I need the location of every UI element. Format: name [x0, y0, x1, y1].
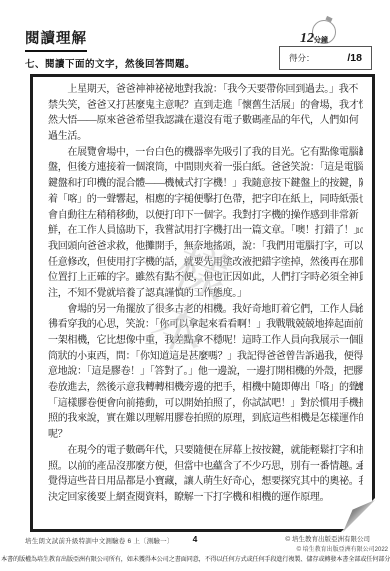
passage-line: 照的我來說，實在難以理解用膠卷拍照的原理，到底這些相機是怎樣運作的 — [48, 411, 363, 427]
page-title: 閱讀理解 — [25, 27, 87, 52]
passage-line-text: 會場的另一角擺放了很多古老的相機。我好奇地盯着它們，工作人員彷 — [48, 302, 363, 318]
passage-line-text: 呢？ — [48, 427, 67, 443]
passage-line-text: 在展覽會場中，一台白色的機器率先吸引了我的目光。它有點像電腦鍵 — [48, 145, 363, 161]
passage-line: 照。以前的產品沒那麼方便，但當中也蘊含了不少巧思，別有一番情趣。我25 — [48, 459, 363, 475]
passage-line: 「這樣膠卷便會向前捲動，可以開始拍照了，你試試吧！」對於慣用手機拍 — [48, 396, 363, 412]
passage-line: 盤，但後方連接着一個滾筒，中間則夾着一張白紙。爸爸笑說：「這是電腦 — [48, 160, 363, 176]
footer-disclaimer: 本書的版權為培生教育出版亞洲有限公司所有，如未獲得本公司之書面同意，不得以任何方… — [1, 554, 389, 563]
passage-line: 會場的另一角擺放了很多古老的相機。我好奇地盯着它們，工作人員彷15 — [48, 302, 363, 318]
passage-line: 卷放進去，然後示意我轉轉相機旁邊的把手，相機中隨即傳出「咯」的聲響。20 — [48, 380, 363, 396]
timer-unit: 分鐘 — [314, 36, 328, 44]
passage-line-text: 我回頭向爸爸求救，他攤開手，無奈地搖頭，說：「我們用電腦打字，可以 — [48, 239, 363, 255]
passage-line-text: 禁失笑，爸爸又打甚麼鬼主意呢？直到走進「懷舊生活展」的會場，我才恍 — [48, 98, 363, 114]
timer-minutes: 12 — [300, 31, 314, 46]
passage-line-text: 鍵盤和打印機的混合體——機械式打字機！」我隨意按下鍵盤上的按鍵，隨 — [48, 176, 363, 192]
line-number: 5 — [360, 145, 363, 161]
passage-line-text: 會自動往左稍稍移動，以便打印下一個字。我對打字機的操作感到非常新 — [48, 208, 358, 224]
passage-line: 禁失笑，爸爸又打甚麼鬼主意呢？直到走進「懷舊生活展」的會場，我才恍 — [48, 98, 363, 114]
passage-line: 彿看穿我的心思，笑說：「你可以拿起來看看啊！」我戰戰兢兢地捧起面前 — [48, 317, 363, 333]
question-instruction: 七、閱讀下面的文字，然後回答問題。 — [25, 56, 195, 70]
passage-line-text: 一架相機，它比想像中重，我差點拿不穩呢！這時工作人員向我展示一個圓 — [48, 333, 363, 349]
passage-line: 意地說：「這是膠卷！」「答對了。」他一邊說，一邊打開相機的外殼，把膠 — [48, 364, 363, 380]
line-number: 20 — [356, 380, 363, 396]
passage-line-text: 過生活。 — [48, 129, 87, 145]
passage-line: 過生活。 — [48, 129, 363, 145]
passage-line-text: 位置打上正確的字。雖然有點不便，但也正因如此，人們打字時必須全神貫 — [48, 270, 363, 286]
passage-line-text: 筒狀的小東西，問：「你知道這是甚麼嗎？」我記得爸爸曾告訴過我，便得 — [48, 349, 363, 365]
passage-lines: 上星期天，爸爸神神祕祕地對我說：「我今天要帶你回到過去。」我不禁失笑，爸爸又打甚… — [48, 82, 363, 525]
line-number: 25 — [356, 459, 363, 475]
passage-line-text: 照。以前的產品沒那麼方便，但當中也蘊含了不少巧思，別有一番情趣。我 — [48, 459, 363, 475]
passage-line: 鮮，在工作人員協助下，我嘗試用打字機打出一篇文章。「噢！打錯了！」10 — [48, 223, 363, 239]
passage-line-text: 上星期天，爸爸神神祕祕地對我說：「我今天要帶你回到過去。」我不 — [48, 82, 358, 98]
passage-line-text: 覺得這些昔日用品都是小寶藏，讓人萌生好奇心，想要探究其中的奧祕。我 — [48, 474, 363, 490]
passage-box: 上星期天，爸爸神神祕祕地對我說：「我今天要帶你回到過去。」我不禁失笑，爸爸又打甚… — [30, 74, 375, 532]
passage-line-text: 然大悟——原來爸爸希望我認識在還沒有電子數碼產品的年代，人們如何 — [48, 113, 358, 129]
passage-line: 然大悟——原來爸爸希望我認識在還沒有電子數碼產品的年代，人們如何 — [48, 113, 363, 129]
passage-line: 着「喀」的一聲響起，相應的字槌便擊打色帶，把字印在紙上，同時紙張也 — [48, 192, 363, 208]
passage-line: 在展覽會場中，一台白色的機器率先吸引了我的目光。它有點像電腦鍵5 — [48, 145, 363, 161]
passage-line-text: 彿看穿我的心思，笑說：「你可以拿起來看看啊！」我戰戰兢兢地捧起面前 — [48, 317, 363, 333]
score-label: 得分： — [289, 52, 315, 64]
passage-line: 我回頭向爸爸求救，他攤開手，無奈地搖頭，說：「我們用電腦打字，可以 — [48, 239, 363, 255]
passage-line-text: 卷放進去，然後示意我轉轉相機旁邊的把手，相機中隨即傳出「咯」的聲響。 — [48, 380, 363, 396]
passage-line-text: 鮮，在工作人員協助下，我嘗試用打字機打出一篇文章。「噢！打錯了！」 — [48, 223, 363, 239]
passage-line: 覺得這些昔日用品都是小寶藏，讓人萌生好奇心，想要探究其中的奧祕。我 — [48, 474, 363, 490]
passage-line: 決定回家後要上網查閱資料，瞭解一下打字機和相機的運作原理。 — [48, 490, 363, 506]
score-value: /18 — [347, 52, 362, 64]
passage-line-text: 「這樣膠卷便會向前捲動，可以開始拍照了，你試試吧！」對於慣用手機拍 — [48, 396, 363, 412]
passage-line: 任意修改，但使用打字機的話，就要先用塗改液把錯字塗掉，然後再在那個 — [48, 255, 363, 271]
passage-line-text: 盤，但後方連接着一個滾筒，中間則夾着一張白紙。爸爸笑說：「這是電腦 — [48, 160, 363, 176]
footer-copyright-year: © 培生教育出版亞洲有限公司2022 — [297, 544, 388, 553]
passage-line: 位置打上正確的字。雖然有點不便，但也正因如此，人們打字時必須全神貫 — [48, 270, 363, 286]
line-number: 15 — [356, 302, 363, 318]
passage-line-text: 照的我來說，實在難以理解用膠卷拍照的原理，到底這些相機是怎樣運作的 — [48, 411, 363, 427]
passage-line: 會自動往左稍稍移動，以便打印下一個字。我對打字機的操作感到非常新 — [48, 208, 363, 224]
footer-copyright: © 培生教育出版亞洲有限公司 — [285, 534, 370, 543]
passage-line: 在現今的電子數碼年代，只要隨便在屏幕上按按鍵，就能輕鬆打字和拍 — [48, 443, 363, 459]
passage-line-text: 注，不知不覺就培養了認真謹慎的工作態度。」 — [48, 286, 247, 302]
passage-line: 注，不知不覺就培養了認真謹慎的工作態度。」 — [48, 286, 363, 302]
score-box: 得分： /18 — [279, 46, 372, 70]
passage-line: 上星期天，爸爸神神祕祕地對我說：「我今天要帶你回到過去。」我不 — [48, 82, 363, 98]
passage-line-text: 決定回家後要上網查閱資料，瞭解一下打字機和相機的運作原理。 — [48, 490, 329, 506]
passage-line: 呢？ — [48, 427, 363, 443]
passage-line-text: 任意修改，但使用打字機的話，就要先用塗改液把錯字塗掉，然後再在那個 — [48, 255, 363, 271]
line-number: 10 — [356, 223, 363, 239]
passage-line-text: 着「喀」的一聲響起，相應的字槌便擊打色帶，把字印在紙上，同時紙張也 — [48, 192, 363, 208]
timer-text: 12分鐘 — [300, 29, 328, 47]
passage-line: 筒狀的小東西，問：「你知道這是甚麼嗎？」我記得爸爸曾告訴過我，便得 — [48, 349, 363, 365]
passage-line-text: 意地說：「這是膠卷！」「答對了。」他一邊說，一邊打開相機的外殼，把膠 — [48, 364, 363, 380]
passage-line-text: 在現今的電子數碼年代，只要隨便在屏幕上按按鍵，就能輕鬆打字和拍 — [48, 443, 363, 459]
passage-line: 鍵盤和打印機的混合體——機械式打字機！」我隨意按下鍵盤上的按鍵，隨 — [48, 176, 363, 192]
passage-line: 一架相機，它比想像中重，我差點拿不穩呢！這時工作人員向我展示一個圓 — [48, 333, 363, 349]
